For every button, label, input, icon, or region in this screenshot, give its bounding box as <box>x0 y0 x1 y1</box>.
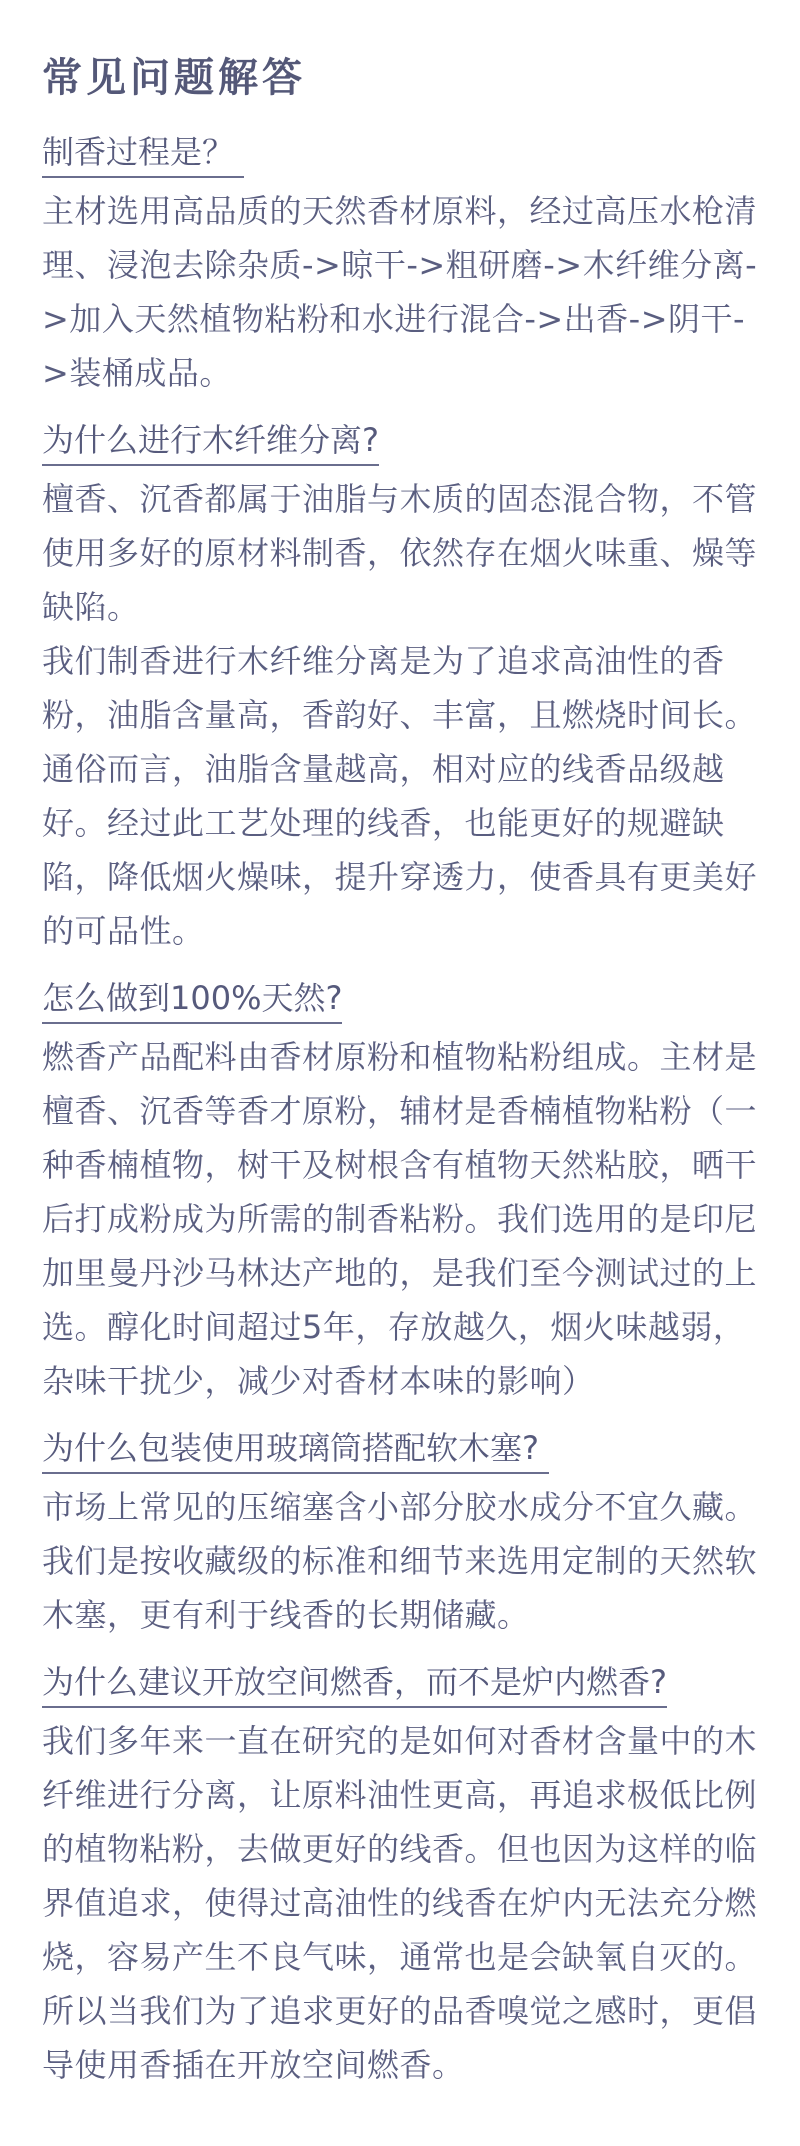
faq-answer: 檀香、沉香都属于油脂与木质的固态混合物，不管使用多好的原材料制香，依然存在烟火味… <box>42 472 758 958</box>
answer-paragraph: 主材选用高品质的天然香材原料，经过高压水枪清理、浸泡去除杂质->晾干->粗研磨-… <box>42 184 758 400</box>
faq-answer: 主材选用高品质的天然香材原料，经过高压水枪清理、浸泡去除杂质->晾干->粗研磨-… <box>42 184 758 400</box>
faq-question-link[interactable]: 怎么做到100%天然? <box>42 974 342 1024</box>
faq-answer: 市场上常见的压缩塞含小部分胶水成分不宜久藏。我们是按收藏级的标准和细节来选用定制… <box>42 1480 758 1642</box>
faq-page: 常见问题解答 制香过程是？ 主材选用高品质的天然香材原料，经过高压水枪清理、浸泡… <box>0 0 800 2092</box>
answer-paragraph: 我们多年来一直在研究的是如何对香材含量中的木纤维进行分离，让原料油性更高，再追求… <box>42 1714 758 2092</box>
faq-item-fiber-separation: 为什么进行木纤维分离? 檀香、沉香都属于油脂与木质的固态混合物，不管使用多好的原… <box>42 416 758 958</box>
faq-question-link[interactable]: 为什么建议开放空间燃香，而不是炉内燃香? <box>42 1658 667 1708</box>
answer-paragraph: 市场上常见的压缩塞含小部分胶水成分不宜久藏。我们是按收藏级的标准和细节来选用定制… <box>42 1480 758 1642</box>
faq-answer: 我们多年来一直在研究的是如何对香材含量中的木纤维进行分离，让原料油性更高，再追求… <box>42 1714 758 2092</box>
faq-question-link[interactable]: 制香过程是？ <box>42 128 244 178</box>
answer-paragraph: 我们制香进行木纤维分离是为了追求高油性的香粉，油脂含量高，香韵好、丰富，且燃烧时… <box>42 634 758 958</box>
faq-item-process: 制香过程是？ 主材选用高品质的天然香材原料，经过高压水枪清理、浸泡去除杂质->晾… <box>42 128 758 400</box>
faq-item-packaging: 为什么包装使用玻璃筒搭配软木塞? 市场上常见的压缩塞含小部分胶水成分不宜久藏。我… <box>42 1424 758 1642</box>
faq-question-link[interactable]: 为什么进行木纤维分离? <box>42 416 379 466</box>
answer-paragraph: 燃香产品配料由香材原粉和植物粘粉组成。主材是檀香、沉香等香才原粉，辅材是香楠植物… <box>42 1030 758 1408</box>
faq-answer: 燃香产品配料由香材原粉和植物粘粉组成。主材是檀香、沉香等香才原粉，辅材是香楠植物… <box>42 1030 758 1408</box>
faq-question-link[interactable]: 为什么包装使用玻璃筒搭配软木塞? <box>42 1424 549 1474</box>
faq-item-open-space-burning: 为什么建议开放空间燃香，而不是炉内燃香? 我们多年来一直在研究的是如何对香材含量… <box>42 1658 758 2092</box>
page-title: 常见问题解答 <box>42 51 758 105</box>
answer-paragraph: 檀香、沉香都属于油脂与木质的固态混合物，不管使用多好的原材料制香，依然存在烟火味… <box>42 472 758 634</box>
faq-item-natural: 怎么做到100%天然? 燃香产品配料由香材原粉和植物粘粉组成。主材是檀香、沉香等… <box>42 974 758 1408</box>
